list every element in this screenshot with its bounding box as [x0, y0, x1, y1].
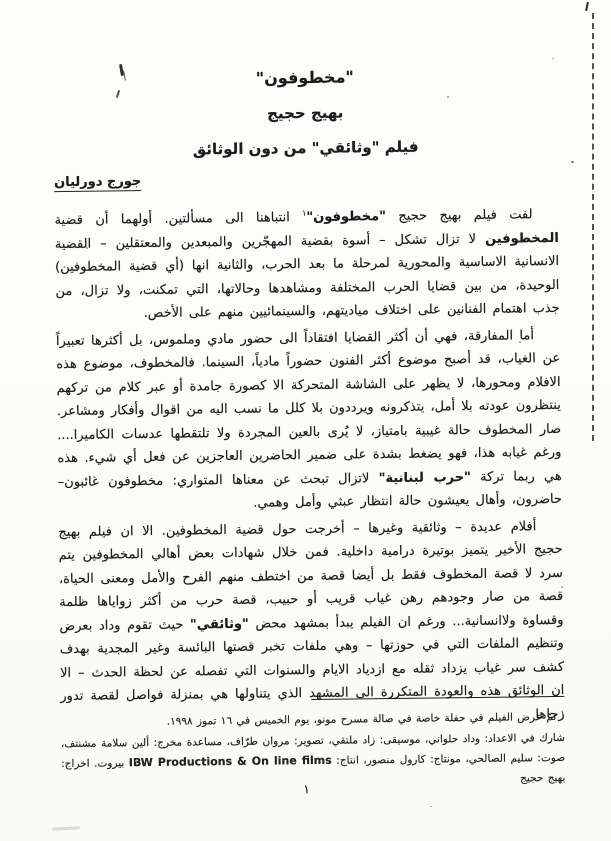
scan-edge-dashed-line [592, 13, 594, 441]
title-block: "مخطوفون" بهيج حجيج فيلم "وثائقي" من دون… [53, 65, 558, 160]
scan-speck [561, 586, 563, 588]
paragraph-2-bold: "حرب لبنانية" [379, 470, 471, 486]
paragraph-1: لفت فيلم بهيج حجيج "مخطوفون"١ انتباهنا ا… [54, 203, 559, 327]
director-name-heading: بهيج حجيج [53, 101, 557, 125]
paragraph-1-text-b: انتباهنا الى مسألتين. أولهما أن قضية [54, 210, 302, 228]
scan-speck [519, 341, 521, 343]
paragraph-1-bold: المخطوفين [485, 230, 559, 246]
scan-corner-mark [585, 2, 589, 11]
paragraph-3-text-a: أفلام عديدة – وثائقية وغيرها – أخرجت حول… [58, 519, 563, 632]
production-company-name: IBW Productions & On line films [129, 754, 332, 769]
author-line: جورج دورليان [54, 169, 558, 192]
paragraph-1-text-a: لفت فيلم بهيج حجيج [386, 207, 533, 224]
scan-speck [552, 58, 554, 59]
scan-speck [86, 247, 88, 249]
page-content: "مخطوفون" بهيج حجيج فيلم "وثائقي" من دون… [52, 0, 566, 841]
scan-speck [135, 760, 137, 762]
scanned-document-page: { "header": { "title_main": "\"مخطوفون\"… [0, 0, 611, 841]
author-name: جورج دورليان [54, 174, 142, 192]
paragraph-3-bold: "وثائقي" [190, 616, 249, 632]
paragraph-2: أما المفارقة، فهي أن أكثر القضايا افتقاد… [56, 323, 562, 517]
scan-speck [430, 806, 432, 807]
paragraph-1-film-title: "مخطوفون" [306, 209, 386, 225]
article-body: لفت فيلم بهيج حجيج "مخطوفون"١ انتباهنا ا… [54, 203, 564, 732]
paper-sheet: "مخطوفون" بهيج حجيج فيلم "وثائقي" من دون… [0, 0, 611, 841]
scan-speck [93, 476, 95, 478]
scan-speck [571, 161, 574, 163]
paragraph-2-text-a: أما المفارقة، فهي أن أكثر القضايا افتقاد… [56, 328, 562, 485]
scan-speck [447, 96, 449, 98]
article-subtitle: فيلم "وثائقي" من دون الوثائق [54, 136, 558, 160]
footnote-1-text: تمّ عرض الفيلم في حفلة خاصة في صالة مسرح… [167, 711, 561, 728]
film-title-heading: "مخطوفون" [53, 65, 557, 90]
footnote-1-marker: ١ [561, 708, 565, 717]
